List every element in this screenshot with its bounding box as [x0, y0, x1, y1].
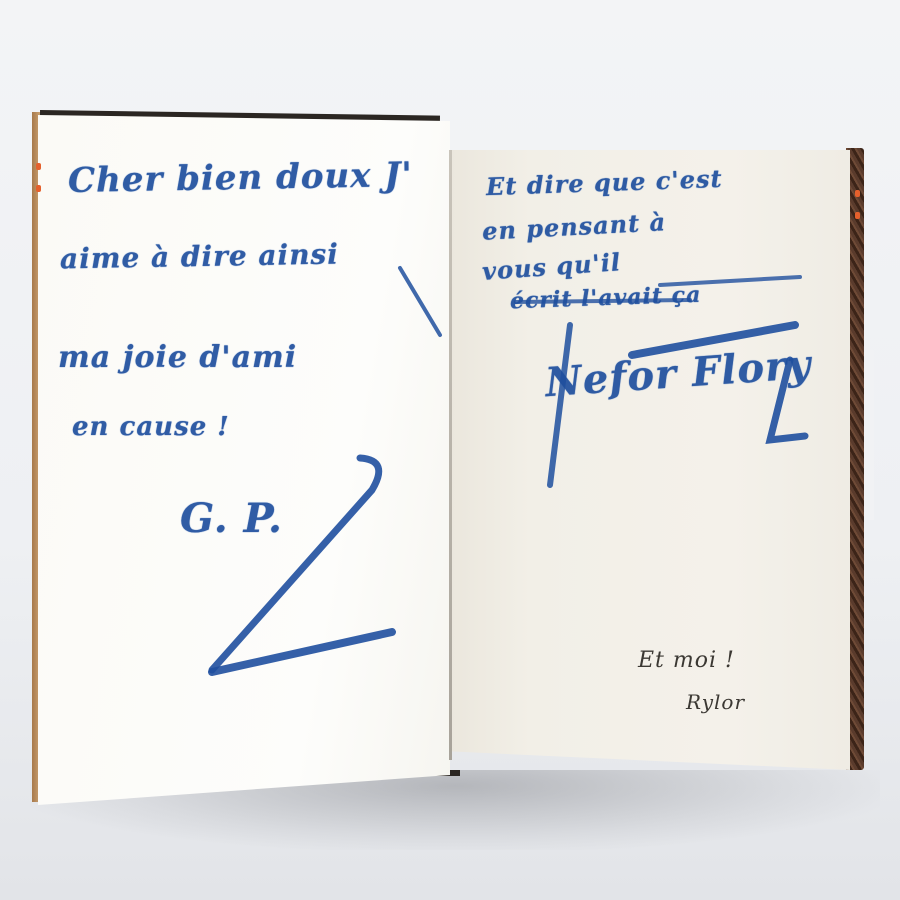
signature-flourishes [0, 0, 900, 900]
